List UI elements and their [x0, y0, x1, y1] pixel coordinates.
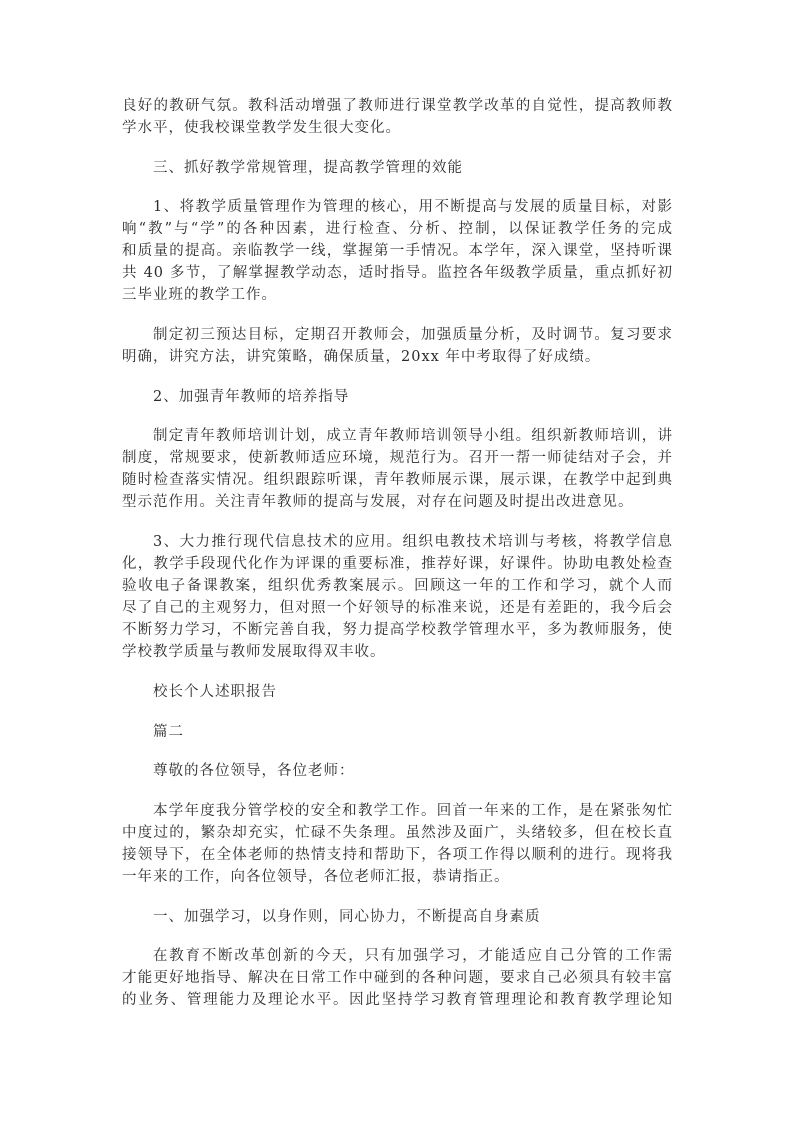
text-line: 学校教学质量与教师发展取得双丰收。 [122, 641, 673, 663]
text-line: 和质量的提高。亲临教学一线，掌握第一手情况。本学年，深入课堂，坚持听课 [122, 240, 673, 262]
subsection-heading: 2、加强青年教师的培养指导 [122, 386, 673, 408]
text-line: 制定初三预达目标，定期召开教师会，加强质量分析，及时调节。复习要求 [122, 324, 673, 346]
text-line: 制定青年教师培训计划，成立青年教师培训领导小组。组织新教师培训，讲 [122, 425, 673, 447]
paragraph: 1、将教学质量管理作为管理的核心，用不断提高与发展的质量目标，对影 响“教”与“… [122, 196, 673, 306]
text-line: 尽了自己的主观努力，但对照一个好领导的标准来说，还是有差距的，我今后会 [122, 597, 673, 619]
heading-text: 一、加强学习，以身作则，同心协力，不断提高自身素质 [122, 906, 673, 928]
text-line: 共 40 多节，了解掌握教学动态，适时指导。监控各年级教学质量，重点抓好初 [122, 262, 673, 284]
text-line: 化，教学手段现代化作为评课的重要标准，推荐好课，好课件。协助电教处检查 [122, 553, 673, 575]
salutation: 尊敬的各位领导，各位老师： [122, 760, 673, 782]
text-line: 接领导下，在全体老师的热情支持和帮助下，各项工作得以顺利的进行。现将我 [122, 844, 673, 866]
title-text: 校长个人述职报告 [122, 681, 673, 703]
text-line: 响“教”与“学”的各种因素，进行检查、分析、控制，以保证教学任务的完成 [122, 218, 673, 240]
text-line: 型示范作用。关注青年教师的提高与发展，对存在问题及时提出改进意见。 [122, 491, 673, 513]
part-label: 篇二 [122, 721, 673, 743]
text-line: 在教育不断改革创新的今天，只有加强学习，才能适应自己分管的工作需要， [122, 945, 673, 967]
text-line: 三毕业班的教学工作。 [122, 284, 673, 306]
document-page: 良好的教研气氛。教科活动增强了教师进行课堂教学改革的自觉性，提高教师教 学水平，… [122, 95, 673, 1029]
paragraph: 本学年度我分管学校的安全和教学工作。回首一年来的工作，是在紧张匆忙 中度过的，繁… [122, 800, 673, 888]
text-line: 明确，讲究方法，讲究策略，确保质量，20xx 年中考取得了好成绩。 [122, 346, 673, 368]
salutation-text: 尊敬的各位领导，各位老师： [122, 760, 673, 782]
heading-text: 三、抓好教学常规管理，提高教学管理的效能 [122, 157, 673, 179]
part-label-text: 篇二 [122, 721, 673, 743]
paragraph-continuation: 良好的教研气氛。教科活动增强了教师进行课堂教学改革的自觉性，提高教师教 学水平，… [122, 95, 673, 139]
report-title: 校长个人述职报告 [122, 681, 673, 703]
paragraph: 在教育不断改革创新的今天，只有加强学习，才能适应自己分管的工作需要， 才能更好地… [122, 945, 673, 1011]
heading-text: 2、加强青年教师的培养指导 [122, 386, 673, 408]
text-line: 才能更好地指导、解决在日常工作中碰到的各种问题，要求自己必须具有较丰富 [122, 967, 673, 989]
paragraph: 3、大力推行现代信息技术的应用。组织电教技术培训与考核，将教学信息 化，教学手段… [122, 531, 673, 663]
text-line: 的业务、管理能力及理论水平。因此坚持学习教育管理理论和教育教学理论知识， [122, 989, 673, 1011]
section-heading: 一、加强学习，以身作则，同心协力，不断提高自身素质 [122, 906, 673, 928]
text-line: 本学年度我分管学校的安全和教学工作。回首一年来的工作，是在紧张匆忙 [122, 800, 673, 822]
section-heading: 三、抓好教学常规管理，提高教学管理的效能 [122, 157, 673, 179]
text-line: 3、大力推行现代信息技术的应用。组织电教技术培训与考核，将教学信息 [122, 531, 673, 553]
text-line: 制度，常规要求，使新教师适应环境，规范行为。召开一帮一师徒结对子会，并 [122, 447, 673, 469]
text-line: 一年来的工作，向各位领导，各位老师汇报，恭请指正。 [122, 866, 673, 888]
text-line: 中度过的，繁杂却充实，忙碌不失条理。虽然涉及面广，头绪较多，但在校长直 [122, 822, 673, 844]
text-line: 良好的教研气氛。教科活动增强了教师进行课堂教学改革的自觉性，提高教师教 [122, 95, 673, 117]
text-line: 1、将教学质量管理作为管理的核心，用不断提高与发展的质量目标，对影 [122, 196, 673, 218]
paragraph: 制定初三预达目标，定期召开教师会，加强质量分析，及时调节。复习要求 明确，讲究方… [122, 324, 673, 368]
text-line: 学水平，使我校课堂教学发生很大变化。 [122, 117, 673, 139]
paragraph: 制定青年教师培训计划，成立青年教师培训领导小组。组织新教师培训，讲 制度，常规要… [122, 425, 673, 513]
text-line: 随时检查落实情况。组织跟踪听课，青年教师展示课，展示课，在教学中起到典 [122, 469, 673, 491]
text-line: 验收电子备课教案，组织优秀教案展示。回顾这一年的工作和学习，就个人而言， [122, 575, 673, 597]
text-line: 不断努力学习，不断完善自我，努力提高学校教学管理水平，多为教师服务，使 [122, 619, 673, 641]
